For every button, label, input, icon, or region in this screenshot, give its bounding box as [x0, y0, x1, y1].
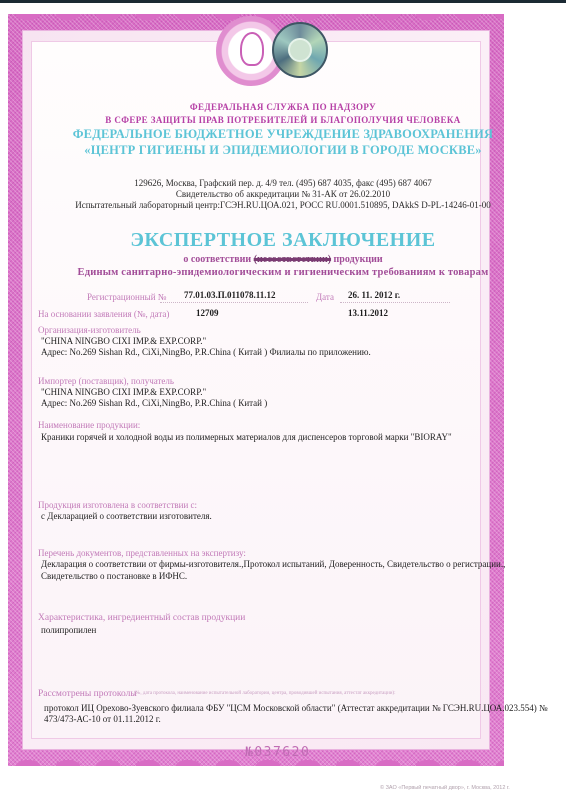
lab-center-ids: Испытательный лабораторный центр:ГСЭН.RU…	[0, 200, 566, 210]
document-subtitle-1: о соответствии (несоответствии) продукци…	[0, 254, 566, 265]
protocols-line-1: протокол ИЦ Орехово-Зуевского филиала ФБ…	[44, 703, 548, 713]
characteristics-value: полипропилен	[41, 625, 96, 635]
serial-number: №037620	[245, 745, 310, 760]
documents-label: Перечень документов, представленных на э…	[38, 548, 246, 558]
manufacturer-name: "CHINA NINGBO CIXI IMP.& EXP.CORP."	[41, 336, 206, 346]
manufacturer-address: Адрес: No.269 Sishan Rd., CiXi,NingBo, P…	[41, 347, 371, 357]
documents-list-line-2: Свидетельство о постановке в ИФНС.	[41, 571, 187, 581]
document-subtitle-2: Единым санитарно-эпидемиологическим и ги…	[0, 267, 566, 278]
protocols-line-2: 473/473-АС-10 от 01.11.2012 г.	[44, 714, 161, 724]
registration-number-value: 77.01.03.П.011078.11.12	[184, 290, 276, 300]
application-basis-label: На основании заявления (№, дата)	[38, 309, 169, 319]
registration-date-label: Дата	[316, 292, 334, 302]
characteristics-label: Характеристика, ингредиентный состав про…	[38, 613, 245, 623]
institution-line-2: «ЦЕНТР ГИГИЕНЫ И ЭПИДЕМИОЛОГИИ В ГОРОДЕ …	[0, 143, 566, 158]
agency-line-2: В СФЕРЕ ЗАЩИТЫ ПРАВ ПОТРЕБИТЕЛЕЙ И БЛАГО…	[0, 115, 566, 125]
importer-name: "CHINA NINGBO CIXI IMP.& EXP.CORP."	[41, 387, 206, 397]
document-title: ЭКСПЕРТНОЕ ЗАКЛЮЧЕНИЕ	[0, 229, 566, 252]
registration-number-label: Регистрационный №	[87, 292, 166, 302]
registration-number-underline	[160, 302, 308, 303]
application-number: 12709	[196, 308, 219, 318]
conformity-value: с Декларацией о соответствии изготовител…	[41, 511, 212, 521]
protocols-label: Рассмотрены протоколы	[38, 689, 137, 699]
manufacturer-label: Организация-изготовитель	[38, 325, 141, 335]
protocols-hint: (№, дата протокола, наименование испытат…	[134, 691, 395, 696]
product-name-label: Наименование продукции:	[38, 420, 140, 430]
hologram-seal-icon	[272, 22, 328, 78]
registration-date-underline	[340, 302, 450, 303]
subtitle-prefix: о соответствии	[183, 254, 253, 265]
institution-address: 129626, Москва, Графский пер. д. 4/9 тел…	[0, 178, 566, 188]
application-date: 13.11.2012	[348, 308, 388, 318]
subtitle-struck-text: (несоответствии)	[254, 254, 331, 265]
importer-label: Импортер (поставщик), получатель	[38, 376, 174, 386]
importer-address: Адрес: No.269 Sishan Rd., CiXi,NingBo, P…	[41, 398, 267, 408]
scan-top-edge	[0, 0, 566, 3]
product-name-value: Краники горячей и холодной воды из полим…	[41, 432, 452, 442]
subtitle-suffix: продукции	[331, 254, 383, 265]
documents-list-line-1: Декларация о соответствии от фирмы-изгот…	[41, 559, 505, 569]
printer-imprint: © ЗАО «Первый печатный двор», г. Москва,…	[380, 785, 510, 791]
institution-line-1: ФЕДЕРАЛЬНОЕ БЮДЖЕТНОЕ УЧРЕЖДЕНИЕ ЗДРАВОО…	[0, 127, 566, 142]
registration-date-value: 26. 11. 2012 г.	[348, 290, 400, 300]
agency-line-1: ФЕДЕРАЛЬНАЯ СЛУЖБА ПО НАДЗОРУ	[0, 102, 566, 112]
accreditation-certificate: Свидетельство об аккредитации № 31-АК от…	[0, 189, 566, 199]
conformity-label: Продукция изготовлена в соответствии с:	[38, 500, 197, 510]
